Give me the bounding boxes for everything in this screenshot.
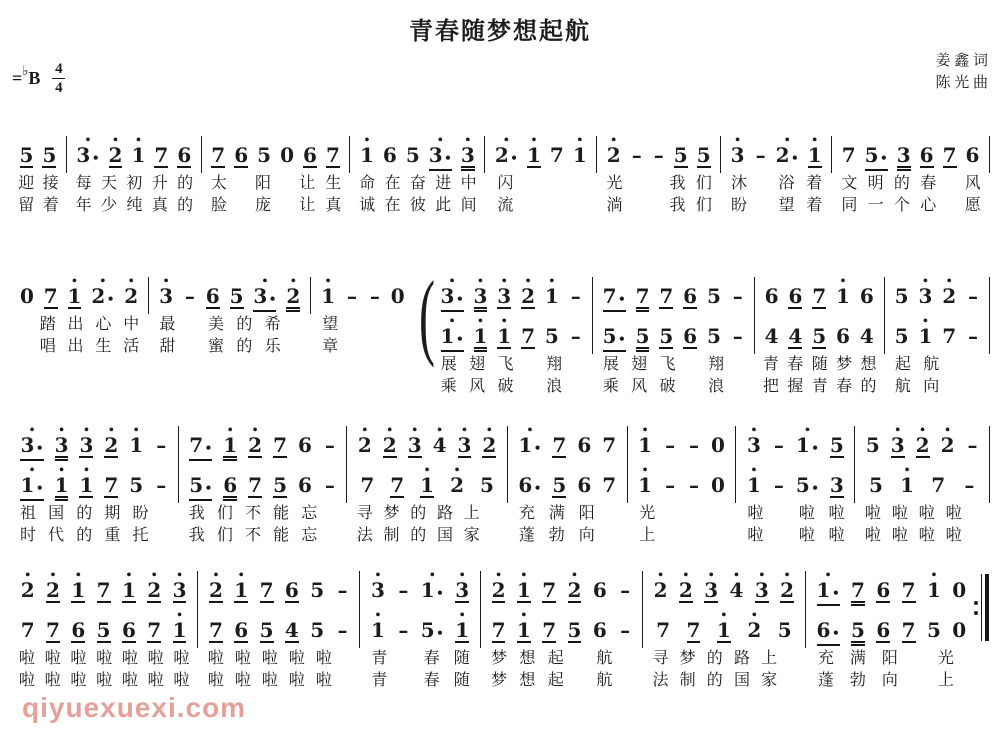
beam-line <box>286 310 300 312</box>
lyric-line-1: 祖国的期盼 <box>10 503 179 525</box>
digit: 2 <box>679 580 693 600</box>
digit: 3 <box>253 286 267 306</box>
digit: 3 <box>441 286 455 306</box>
dot <box>974 611 978 615</box>
note: 4 <box>764 317 780 354</box>
underline-beams <box>55 455 69 463</box>
lyric-syllable: 飞 <box>660 354 676 376</box>
underline-beams <box>97 640 111 648</box>
underline-beams <box>68 306 82 314</box>
notation-row: •3 –•2••1 <box>726 136 826 173</box>
lyric-syllable: 翔 <box>546 354 562 376</box>
measure: 5 5迎接留着 <box>10 136 67 217</box>
lyric-syllable: 文 <box>841 173 857 195</box>
lyric-line-2: 乘风破 浪 <box>593 376 755 398</box>
lyric-syllable: 美 <box>208 314 224 336</box>
lyric-syllable: 忘 <box>301 525 317 547</box>
note: •2 <box>108 136 124 173</box>
lyric-syllable: 风 <box>631 376 647 398</box>
notation-row: 7 6 5 4 5 – <box>203 611 354 648</box>
note-glyph: 6 <box>223 475 237 495</box>
beam-line <box>147 641 161 643</box>
note: •1 <box>67 277 83 314</box>
measure: •2••1 7•1闪 流 <box>485 136 597 217</box>
underline-beams <box>104 495 118 503</box>
underline-beams <box>122 600 136 608</box>
note-glyph: – <box>964 475 973 495</box>
beam-line <box>326 166 340 168</box>
note-glyph: – <box>733 286 742 306</box>
lyric-syllable: 啦 <box>235 670 251 692</box>
underline-beams <box>573 165 587 173</box>
note-glyph: – <box>571 326 580 346</box>
underline-beams <box>808 165 822 173</box>
note-glyph: – <box>689 475 698 495</box>
dash-extension: – <box>568 317 583 354</box>
underline-beams <box>663 455 676 463</box>
note: 5 <box>272 466 288 503</box>
note: 6 <box>382 136 398 173</box>
measure-notes: •1• 7 6 7 6• 5 6 7 <box>508 426 628 503</box>
lyric-syllable: 祖 <box>20 503 36 525</box>
lyric-syllable: 我 <box>189 503 205 525</box>
beam-line <box>851 644 865 646</box>
lyric-syllable: 让 <box>299 173 315 195</box>
note-glyph: 1 <box>420 475 434 495</box>
lyric-syllable <box>788 670 796 692</box>
digit: 7 <box>542 580 556 600</box>
lyric-syllable: 啦 <box>865 503 881 525</box>
lyric-syllable: 啦 <box>799 503 815 525</box>
digit: 1 <box>918 326 932 346</box>
digit: 2 <box>46 580 60 600</box>
lyric-syllable <box>526 354 534 376</box>
note-glyph: 1 <box>638 475 652 495</box>
digit: 1 <box>836 286 850 306</box>
beam-line <box>55 456 69 458</box>
note-glyph: 3 <box>371 580 385 600</box>
lyric-line-1: 展翅飞 翔 <box>431 354 593 376</box>
lyric-line-1: 沐 浴着 <box>721 173 832 195</box>
note-glyph: – <box>967 435 976 455</box>
beam-line <box>455 601 469 603</box>
note-glyph: 4 <box>730 580 744 600</box>
lyric-syllable: 想 <box>860 354 876 376</box>
underline-beams <box>577 455 591 463</box>
digit: 2 <box>104 435 118 455</box>
digit: 7 <box>603 286 617 306</box>
lyric-syllable <box>529 195 537 217</box>
lyric-syllable: 诚 <box>359 195 375 217</box>
beam-line <box>817 644 840 646</box>
digit: 1 <box>20 475 34 495</box>
augmentation-dot: • <box>617 329 626 349</box>
augmentation-dot: • <box>443 148 452 168</box>
underline-beams <box>602 495 616 503</box>
digit: 3 <box>429 145 443 165</box>
lyric-syllable: 升 <box>152 173 168 195</box>
underline-beams <box>747 640 761 648</box>
note-glyph: 7 <box>552 435 566 455</box>
lyric-syllable: 个 <box>894 195 910 217</box>
note: 7 <box>247 466 263 503</box>
note-glyph: 7 <box>248 475 262 495</box>
note-glyph: 3 <box>408 435 422 455</box>
digit: 7 <box>211 145 225 165</box>
lyric-syllable <box>973 503 981 525</box>
digit: 3 <box>371 580 385 600</box>
underline-beams <box>390 495 404 503</box>
beam-line <box>679 601 693 603</box>
lyric-syllable <box>788 648 796 670</box>
digit: 3 <box>891 435 905 455</box>
note-glyph: 5 <box>568 620 582 640</box>
digit: – <box>620 620 629 640</box>
beam-line <box>603 310 626 312</box>
lyric-syllable: 浪 <box>546 376 562 398</box>
note: •2 <box>382 426 398 463</box>
digit: 5 <box>707 286 721 306</box>
note-glyph: – <box>156 435 165 455</box>
digit: 7 <box>902 580 916 600</box>
digit: 7 <box>46 620 60 640</box>
thick-barline <box>985 574 989 641</box>
dash-extension: – <box>153 426 168 463</box>
rest-note: 0 <box>390 277 406 314</box>
beam-line <box>943 166 957 168</box>
underline-beams <box>248 455 262 463</box>
lyric-syllable: 间 <box>461 195 477 217</box>
lyric-line-2: 乘风破 浪 <box>431 376 593 398</box>
lyric-syllable: 翔 <box>708 354 724 376</box>
note-glyph: 0 <box>952 620 966 640</box>
underline-beams <box>674 165 688 173</box>
lyric-syllable: 啦 <box>70 648 86 670</box>
note-glyph: 1 <box>808 145 822 165</box>
digit: 2 <box>91 286 105 306</box>
note: 5 <box>96 611 112 648</box>
notation-row: 7••1•2 7 6 – <box>184 426 342 463</box>
beam-line <box>659 307 673 309</box>
digit: 5 <box>310 580 324 600</box>
note: 6• <box>816 611 841 651</box>
digit: 0 <box>952 580 966 600</box>
digit: 1 <box>927 580 941 600</box>
lyric-syllable: 啦 <box>919 503 935 525</box>
note: •2 <box>103 426 119 463</box>
lyric-syllable: 航 <box>596 670 612 692</box>
lyric-line-1: 充满阳 <box>508 503 628 525</box>
digit: 7 <box>656 620 670 640</box>
lyric-syllable: 啦 <box>19 648 35 670</box>
augmentation-dot: • <box>435 623 444 643</box>
lyric-line-1: 展翅飞 翔 <box>593 354 755 376</box>
beam-line <box>474 310 488 312</box>
digit: 5 <box>129 475 143 495</box>
underline-beams <box>97 600 111 608</box>
augmentation-dot: • <box>810 478 819 498</box>
digit: 1 <box>638 435 652 455</box>
digit: – <box>338 580 347 600</box>
note-glyph: 6 <box>177 145 191 165</box>
note-glyph: 5 <box>636 326 650 346</box>
augmentation-dot: • <box>435 583 444 603</box>
lyric-syllable: 啦 <box>919 525 935 547</box>
note: 7 <box>686 611 702 648</box>
lyric-syllable: 命 <box>359 173 375 195</box>
digit: – <box>665 435 674 455</box>
note: 6 <box>70 611 86 648</box>
note-glyph: 1 <box>717 620 731 640</box>
beam-line <box>552 496 566 498</box>
lyric-syllable: 啦 <box>262 670 278 692</box>
lyric-syllable: 勃 <box>549 525 565 547</box>
beam-line <box>474 350 488 352</box>
lyric-syllable: 彼 <box>410 195 426 217</box>
measure: •1 – – 0望 章 <box>311 277 414 358</box>
measure: 7• 7 7 6 5 – 5• 5 5 6 5 –展翅飞 翔 乘风破 浪 <box>593 277 755 398</box>
digit: 3 <box>897 145 911 165</box>
note-glyph: – <box>733 326 742 346</box>
lyric-syllable: 航 <box>895 376 911 398</box>
digit: 6 <box>206 286 220 306</box>
lyric-syllable <box>694 503 702 525</box>
lyric-syllable: 光 <box>606 173 622 195</box>
underline-beams <box>679 600 693 608</box>
lyric-line-2: 蓬勃向 上 <box>806 670 990 692</box>
digit: 2 <box>248 435 262 455</box>
underline-beams <box>474 306 488 314</box>
note: 6 <box>787 277 803 314</box>
digit: 5 <box>603 326 617 346</box>
underline-beams <box>552 455 566 463</box>
note-glyph: 2 <box>109 145 123 165</box>
beam-line <box>122 601 136 603</box>
note-glyph: 1 <box>836 286 850 306</box>
underline-beams <box>851 640 865 648</box>
note-glyph: 6 <box>234 145 248 165</box>
underline-beams <box>552 495 566 503</box>
digit: 3 <box>173 580 187 600</box>
digit: 1 <box>421 580 435 600</box>
measure-notes: •3 –•1••3•1 – 5••1 <box>360 571 481 648</box>
lyric-syllable: 每 <box>76 173 92 195</box>
beam-line <box>461 169 475 171</box>
measure-notes: •3 –•2••1 <box>721 136 832 173</box>
note: •1 <box>926 571 942 608</box>
underline-beams <box>916 455 930 463</box>
beam-line <box>248 456 262 458</box>
lyric-line-2: 把握青春的 <box>755 376 885 398</box>
lyric-syllable: 最 <box>159 314 175 336</box>
segment: •3••3•3•2•1 –•1••1•1 7 5 –祖国的期盼 时代的重托 7•… <box>10 426 990 547</box>
beam-line <box>71 641 85 643</box>
notation-row: •1• 7 6 7 <box>513 426 622 463</box>
notation-row: •1••1•1 7 5 – <box>436 317 587 354</box>
lyric-syllable: 踏 <box>40 314 56 336</box>
note-glyph: 5 <box>260 620 274 640</box>
note-glyph: 3 <box>461 145 475 165</box>
measure-notes: 7• 7 7 6 5 – 5• 5 5 6 5 – <box>593 277 755 354</box>
note: •1 <box>807 136 823 173</box>
note: 6 <box>176 136 192 173</box>
note: •2 <box>941 277 957 314</box>
digit: 7 <box>326 145 340 165</box>
note-glyph: 2 <box>492 580 506 600</box>
lyric-line-2: 淌 我们 <box>597 195 721 217</box>
underline-beams <box>776 168 799 176</box>
digit: – <box>325 435 334 455</box>
underline-beams <box>683 346 697 354</box>
notation-row: •1 – 5• 3 <box>741 466 849 503</box>
beam-line <box>916 456 930 458</box>
note-glyph: 1 <box>79 475 93 495</box>
note: •1 <box>716 611 732 648</box>
note-glyph: 1 <box>131 145 145 165</box>
digit: 5 <box>812 326 826 346</box>
note-glyph: 5 <box>310 580 324 600</box>
lyric-line-2: 脸 庞 让真 <box>202 195 351 217</box>
digit: 7 <box>550 145 564 165</box>
note-glyph: 3• <box>253 286 276 309</box>
underline-beams <box>286 306 300 314</box>
lyric-syllable: 的 <box>236 336 252 358</box>
two-voice-segment: (•3••3•3•2•1 –•1••1•1 7 5 –展翅飞 翔 乘风破 浪 7… <box>415 277 990 398</box>
digit: 7 <box>542 620 556 640</box>
lyric-syllable: 家 <box>761 670 777 692</box>
note: 7 <box>901 571 917 608</box>
underline-beams <box>46 600 60 608</box>
note: •2 <box>146 571 162 608</box>
note-glyph: 5 <box>697 145 711 165</box>
underline-beams <box>147 640 161 648</box>
digit: 1 <box>497 326 511 346</box>
digit: 7 <box>521 326 535 346</box>
note-glyph: 1 <box>68 286 82 306</box>
beam-line <box>830 496 844 498</box>
lyric-syllable: 青 <box>371 670 387 692</box>
note-glyph: – <box>620 620 629 640</box>
underline-beams <box>836 306 850 314</box>
note-glyph: 7• <box>603 286 626 309</box>
digit: 7 <box>902 620 916 640</box>
dash-extension: – <box>617 571 632 608</box>
note: •3 <box>407 426 423 463</box>
note-glyph: 5 <box>707 326 721 346</box>
lyric-syllable: 啦 <box>747 525 763 547</box>
dash-extension: – <box>771 426 786 463</box>
lyric-syllable: 能 <box>273 525 289 547</box>
digit: 5 <box>480 475 494 495</box>
lyric-syllable: 着 <box>806 173 822 195</box>
underline-beams <box>687 640 701 648</box>
note-glyph: 2• <box>495 145 518 168</box>
note-glyph: 7 <box>942 326 956 346</box>
note-glyph: 7 <box>542 620 556 640</box>
note: •1 <box>899 466 915 503</box>
note-glyph: 6 <box>876 580 890 600</box>
lyric-syllable: 展 <box>603 354 619 376</box>
note: 6 <box>682 277 698 314</box>
measure-notes: 5•3•2 – 5•1 7 – <box>885 277 990 354</box>
lyric-syllable: 啦 <box>96 670 112 692</box>
note-glyph: 7 <box>602 475 616 495</box>
lyric-syllable: 活 <box>123 336 139 358</box>
measure: •2•2•1 7•1•2•3 7 7 6 5 6 7•1啦啦啦啦啦啦啦啦啦啦啦啦… <box>10 571 198 692</box>
beam-line <box>527 166 541 168</box>
note-glyph: 5 <box>230 286 244 306</box>
lyric-syllable: 翅 <box>469 354 485 376</box>
lyric-syllable: 啦 <box>865 525 881 547</box>
measure: 7 6 5 0 6 7太 阳 让生脸 庞 让真 <box>202 136 351 217</box>
note-glyph: 1• <box>817 580 840 603</box>
beam-line <box>636 347 650 349</box>
note-glyph: 7 <box>97 580 111 600</box>
underline-beams <box>360 495 374 503</box>
digit: 6 <box>765 286 779 306</box>
underline-beams <box>707 306 721 314</box>
digit: 1 <box>517 620 531 640</box>
note-glyph: 3 <box>830 475 844 495</box>
lyric-syllable: 上 <box>639 525 655 547</box>
lyric-syllable <box>161 525 169 547</box>
note-glyph: – <box>398 580 407 600</box>
digit: 2 <box>521 286 535 306</box>
note-glyph: 1 <box>517 620 531 640</box>
lyric-syllable: 期 <box>104 503 120 525</box>
beam-line <box>109 166 123 168</box>
lyric-syllable: 青 <box>371 648 387 670</box>
digit: 6 <box>298 435 312 455</box>
note: 7• <box>602 277 627 317</box>
note-glyph: 5 <box>778 620 792 640</box>
lyric-syllable: 浴 <box>779 173 795 195</box>
measure: •3••3•3•2•1 –•1••1•1 7 5 –展翅飞 翔 乘风破 浪 <box>431 277 593 398</box>
lyric-syllable: 盼 <box>132 503 148 525</box>
note-glyph: 0 <box>711 475 725 495</box>
digit: 2 <box>492 580 506 600</box>
note: •2 <box>357 426 373 463</box>
digit: – <box>968 286 977 306</box>
underline-beams <box>433 455 447 463</box>
measure: •3••3•3•2•1 –•1••1•1 7 5 –祖国的期盼 时代的重托 <box>10 426 179 547</box>
underline-beams <box>206 306 220 314</box>
segment: •2•2•1 7•1•2•3 7 7 6 5 6 7•1啦啦啦啦啦啦啦啦啦啦啦啦… <box>10 571 990 692</box>
underline-beams <box>76 168 99 176</box>
underline-beams <box>568 640 582 648</box>
lyric-syllable: 年 <box>76 195 92 217</box>
lyric-syllable <box>947 195 955 217</box>
dash-extension: – <box>662 466 677 503</box>
rest-note: 0 <box>710 426 726 463</box>
digit: 6 <box>71 620 85 640</box>
beam-line <box>223 459 237 461</box>
notation-row: •3••3•3•2•1 – <box>436 277 587 314</box>
beam-line <box>286 307 300 309</box>
lyric-syllable: 航 <box>596 648 612 670</box>
note: 5 <box>706 277 722 314</box>
underline-beams <box>298 495 312 503</box>
note-glyph: 2 <box>916 435 930 455</box>
note-glyph: 6 <box>577 475 591 495</box>
lyric-syllable <box>947 173 955 195</box>
underline-beams <box>368 306 381 314</box>
digit: 4 <box>730 580 744 600</box>
beam-line <box>552 456 566 458</box>
note: •3 <box>158 277 174 314</box>
note: 7 <box>541 611 557 648</box>
note-glyph: 5 <box>659 326 673 346</box>
